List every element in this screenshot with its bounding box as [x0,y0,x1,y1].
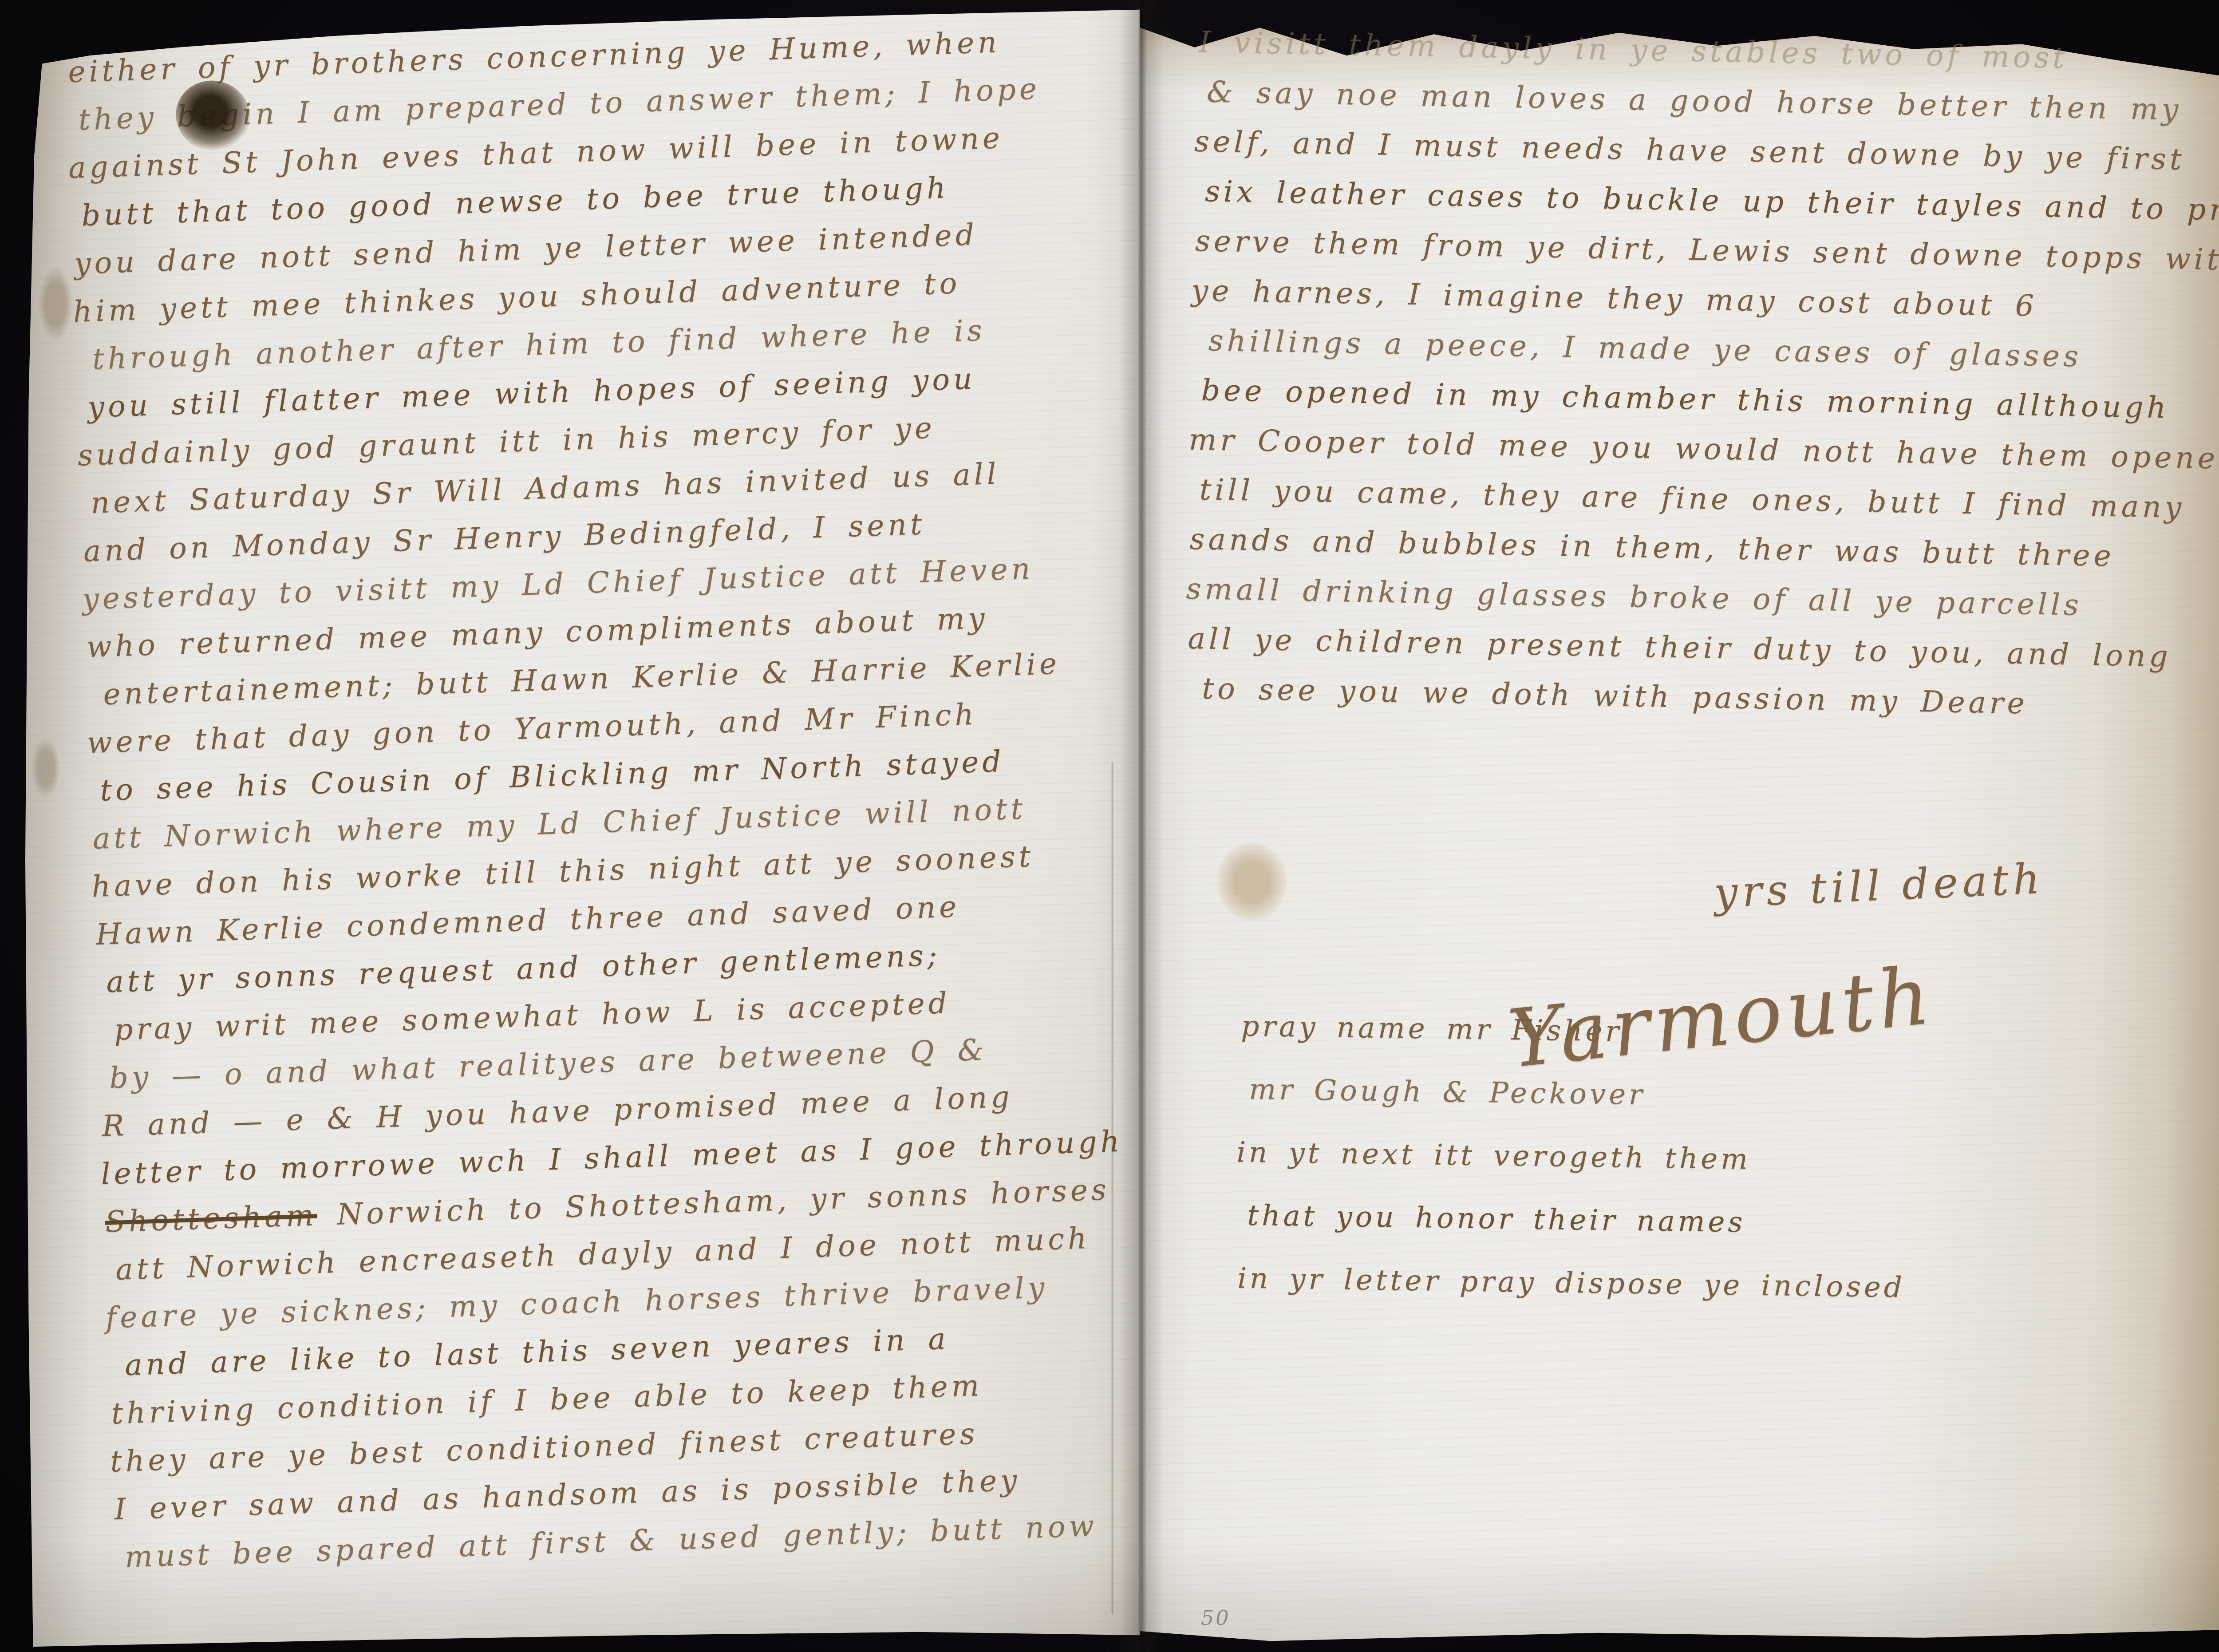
handwriting-line: pray name mr Fisher [1240,1010,1909,1083]
handwriting-line: in yr letter pray dispose ye inclosed [1237,1262,1905,1334]
postscript-text: pray name mr Fishermr Gough & Peckoverin… [1237,1010,1909,1335]
page-number-pencil: 50 [1201,1606,1231,1630]
right-page-text: I visitt them dayly in ye stables two of… [1186,25,2219,740]
handwriting-line: mr Gough & Peckover [1248,1073,1908,1146]
manuscript-photograph: either of yr brothers concerning ye Hume… [0,0,2219,1652]
handwriting-line: in yt next itt verogeth them [1236,1136,1907,1208]
struck-through-word: Shottesham [105,1198,318,1239]
handwriting-line: that you honor their names [1247,1199,1906,1272]
left-page-text: either of yr brothers concerning ye Hume… [67,22,1136,1588]
